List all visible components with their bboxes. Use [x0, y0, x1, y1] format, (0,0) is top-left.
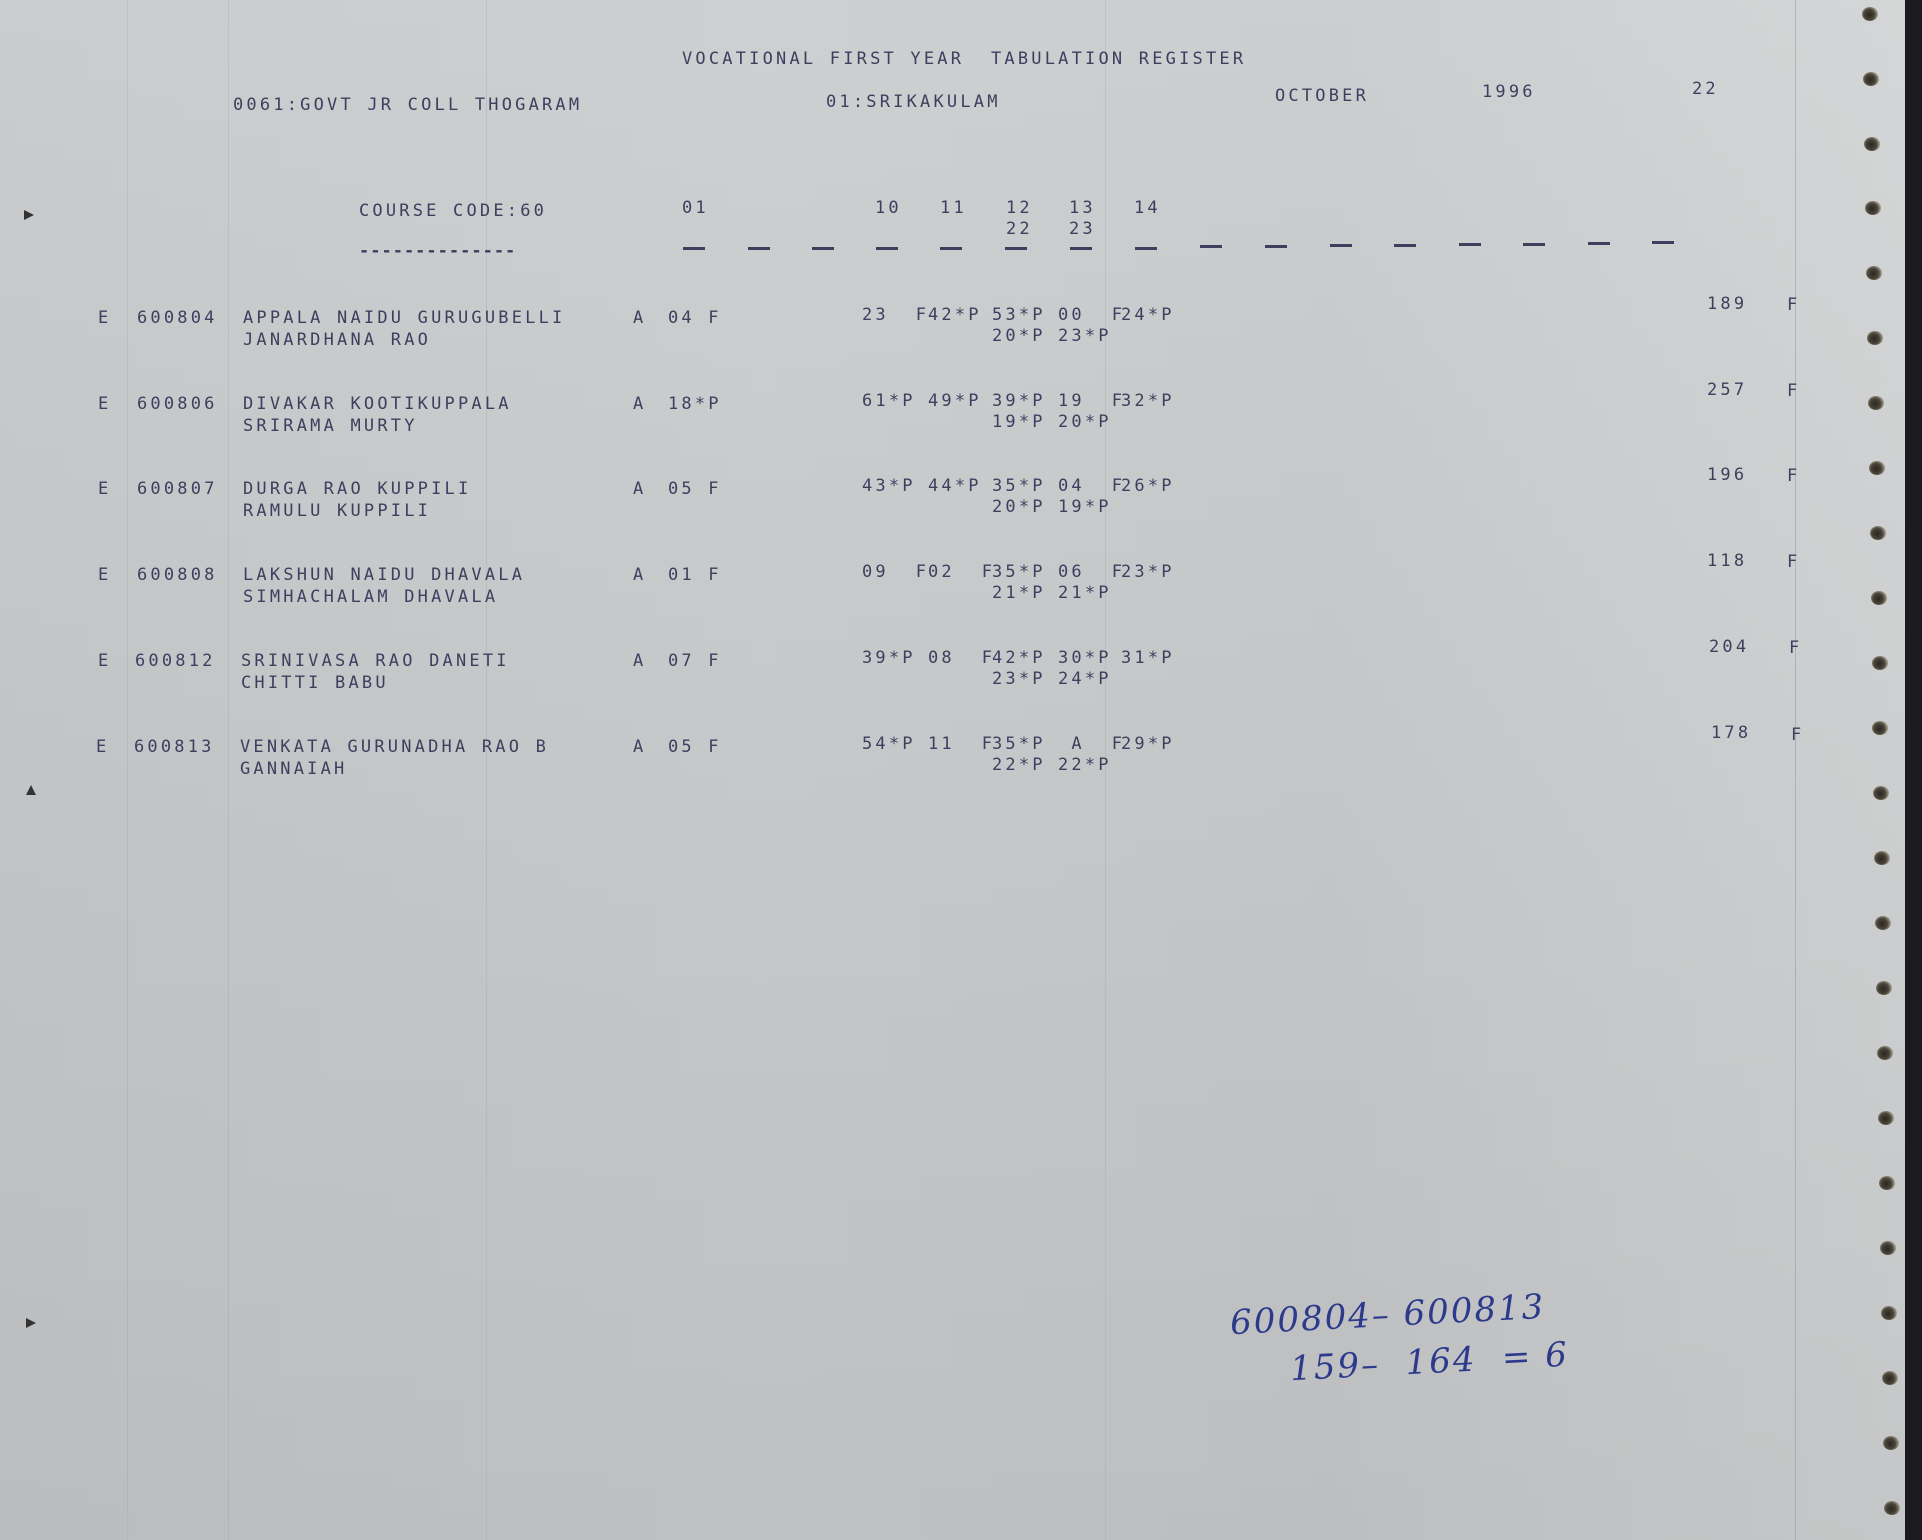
mark: 06 F: [1058, 561, 1125, 583]
mark: 44*P: [928, 475, 982, 497]
part1-mark: 18*P: [668, 393, 722, 415]
part1-code: A: [633, 478, 646, 500]
mark: 23 F: [862, 304, 929, 326]
subject-code: 13: [1069, 197, 1096, 219]
course-code-underline: --------------: [359, 240, 516, 262]
part1-code: A: [633, 650, 646, 672]
part1-mark: 05 F: [668, 478, 722, 500]
total-marks: 204: [1709, 636, 1749, 658]
total-marks: 257: [1707, 379, 1747, 401]
entry-type: E: [98, 393, 111, 415]
mark: 19 F: [1058, 390, 1125, 412]
mark: 30*P: [1058, 647, 1112, 669]
hall-ticket: 600806: [137, 393, 218, 415]
student-row: E 600808 LAKSHUN NAIDU DHAVALA SIMHACHAL…: [0, 561, 1905, 611]
mark-secondary: 21*P: [1058, 582, 1112, 604]
part1-code: A: [633, 736, 646, 758]
mark-secondary: 23*P: [992, 668, 1046, 690]
result: F: [1787, 551, 1800, 573]
mark: 26*P: [1121, 475, 1175, 497]
mark-secondary: 21*P: [992, 582, 1046, 604]
handwritten-range: 600804– 600813: [1229, 1287, 1546, 1343]
district-name: 01:SRIKAKULAM: [826, 91, 1001, 113]
course-code: COURSE CODE:60: [359, 200, 547, 222]
student-row: E 600812 SRINIVASA RAO DANETI CHITTI BAB…: [0, 647, 1905, 697]
hall-ticket: 600813: [134, 736, 215, 758]
result: F: [1791, 724, 1804, 746]
mark-secondary: 24*P: [1058, 668, 1112, 690]
mark: 31*P: [1121, 647, 1175, 669]
student-row: E 600807 DURGA RAO KUPPILI RAMULU KUPPIL…: [0, 475, 1905, 525]
hall-ticket: 600804: [137, 307, 218, 329]
mark: 23*P: [1121, 561, 1175, 583]
entry-type: E: [98, 307, 111, 329]
result: F: [1787, 294, 1800, 316]
entry-type: E: [96, 736, 109, 758]
mark: 35*P: [992, 475, 1046, 497]
mark: 32*P: [1121, 390, 1175, 412]
student-row: E 600804 APPALA NAIDU GURUGUBELLI JANARD…: [0, 304, 1905, 354]
mark: 61*P: [862, 390, 916, 412]
subject-code: 10: [875, 197, 902, 219]
mark: 35*P: [992, 733, 1046, 755]
subject-code-secondary: 22: [1006, 218, 1033, 240]
student-row: E 600813 VENKATA GURUNADHA RAO B GANNAIA…: [0, 733, 1905, 783]
mark-secondary: 20*P: [992, 496, 1046, 518]
printout-page: VOCATIONAL FIRST YEAR TABULATION REGISTE…: [0, 0, 1905, 1540]
report-title: VOCATIONAL FIRST YEAR TABULATION REGISTE…: [682, 48, 1246, 70]
part1-mark: 01 F: [668, 564, 722, 586]
mark-secondary: 23*P: [1058, 325, 1112, 347]
student-name: LAKSHUN NAIDU DHAVALA: [243, 564, 525, 586]
mark: 42*P: [928, 304, 982, 326]
father-name: CHITTI BABU: [241, 672, 389, 694]
father-name: SRIRAMA MURTY: [243, 415, 418, 437]
result: F: [1789, 637, 1802, 659]
college-name: 0061:GOVT JR COLL THOGARAM: [233, 94, 582, 116]
part1-mark: 07 F: [668, 650, 722, 672]
subject-code-secondary: 23: [1069, 218, 1096, 240]
hall-ticket: 600807: [137, 478, 218, 500]
mark: 54*P: [862, 733, 916, 755]
father-name: SIMHACHALAM DHAVALA: [243, 586, 498, 608]
entry-type: E: [98, 650, 111, 672]
margin-mark-icon: [24, 210, 34, 220]
part1-mark: 04 F: [668, 307, 722, 329]
total-marks: 118: [1707, 550, 1747, 572]
student-name: DURGA RAO KUPPILI: [243, 478, 471, 500]
father-name: RAMULU KUPPILI: [243, 500, 431, 522]
hall-ticket: 600812: [135, 650, 216, 672]
entry-type: E: [98, 564, 111, 586]
student-name: SRINIVASA RAO DANETI: [241, 650, 510, 672]
student-name: DIVAKAR KOOTIKUPPALA: [243, 393, 512, 415]
mark: 24*P: [1121, 304, 1175, 326]
total-marks: 189: [1707, 293, 1747, 315]
mark: 09 F: [862, 561, 929, 583]
student-row: E 600806 DIVAKAR KOOTIKUPPALA SRIRAMA MU…: [0, 390, 1905, 440]
margin-mark-icon: [26, 785, 36, 795]
subject-code: 11: [940, 197, 967, 219]
mark: 39*P: [862, 647, 916, 669]
mark-secondary: 22*P: [1058, 754, 1112, 776]
part1-mark: 05 F: [668, 736, 722, 758]
mark: 42*P: [992, 647, 1046, 669]
subject-code: 14: [1134, 197, 1161, 219]
total-marks: 196: [1707, 464, 1747, 486]
hall-ticket: 600808: [137, 564, 218, 586]
mark: 11 F: [928, 733, 995, 755]
mark: 43*P: [862, 475, 916, 497]
subject-code: 12: [1006, 197, 1033, 219]
exam-month: OCTOBER: [1275, 85, 1369, 107]
exam-year: 1996: [1482, 81, 1536, 103]
mark: 04 F: [1058, 475, 1125, 497]
student-name: APPALA NAIDU GURUGUBELLI: [243, 307, 565, 329]
mark: 39*P: [992, 390, 1046, 412]
mark: 02 F: [928, 561, 995, 583]
result: F: [1787, 380, 1800, 402]
mark: A F: [1058, 733, 1125, 755]
mark: 08 F: [928, 647, 995, 669]
subject-code: 01: [682, 197, 709, 219]
handwritten-count: 159– 164 = 6: [1289, 1335, 1570, 1390]
mark: 49*P: [928, 390, 982, 412]
mark-secondary: 19*P: [1058, 496, 1112, 518]
margin-mark-icon: [26, 1318, 36, 1328]
father-name: JANARDHANA RAO: [243, 329, 431, 351]
mark-secondary: 19*P: [992, 411, 1046, 433]
mark: 35*P: [992, 561, 1046, 583]
page-edge-shadow: [1905, 0, 1922, 1540]
mark-secondary: 22*P: [992, 754, 1046, 776]
part1-code: A: [633, 564, 646, 586]
page-number: 22: [1692, 78, 1719, 100]
result: F: [1787, 465, 1800, 487]
part1-code: A: [633, 307, 646, 329]
part1-code: A: [633, 393, 646, 415]
father-name: GANNAIAH: [240, 758, 347, 780]
entry-type: E: [98, 478, 111, 500]
mark: 00 F: [1058, 304, 1125, 326]
mark-secondary: 20*P: [992, 325, 1046, 347]
student-name: VENKATA GURUNADHA RAO B: [240, 736, 549, 758]
mark-secondary: 20*P: [1058, 411, 1112, 433]
total-marks: 178: [1711, 722, 1751, 744]
mark: 53*P: [992, 304, 1046, 326]
mark: 29*P: [1121, 733, 1175, 755]
